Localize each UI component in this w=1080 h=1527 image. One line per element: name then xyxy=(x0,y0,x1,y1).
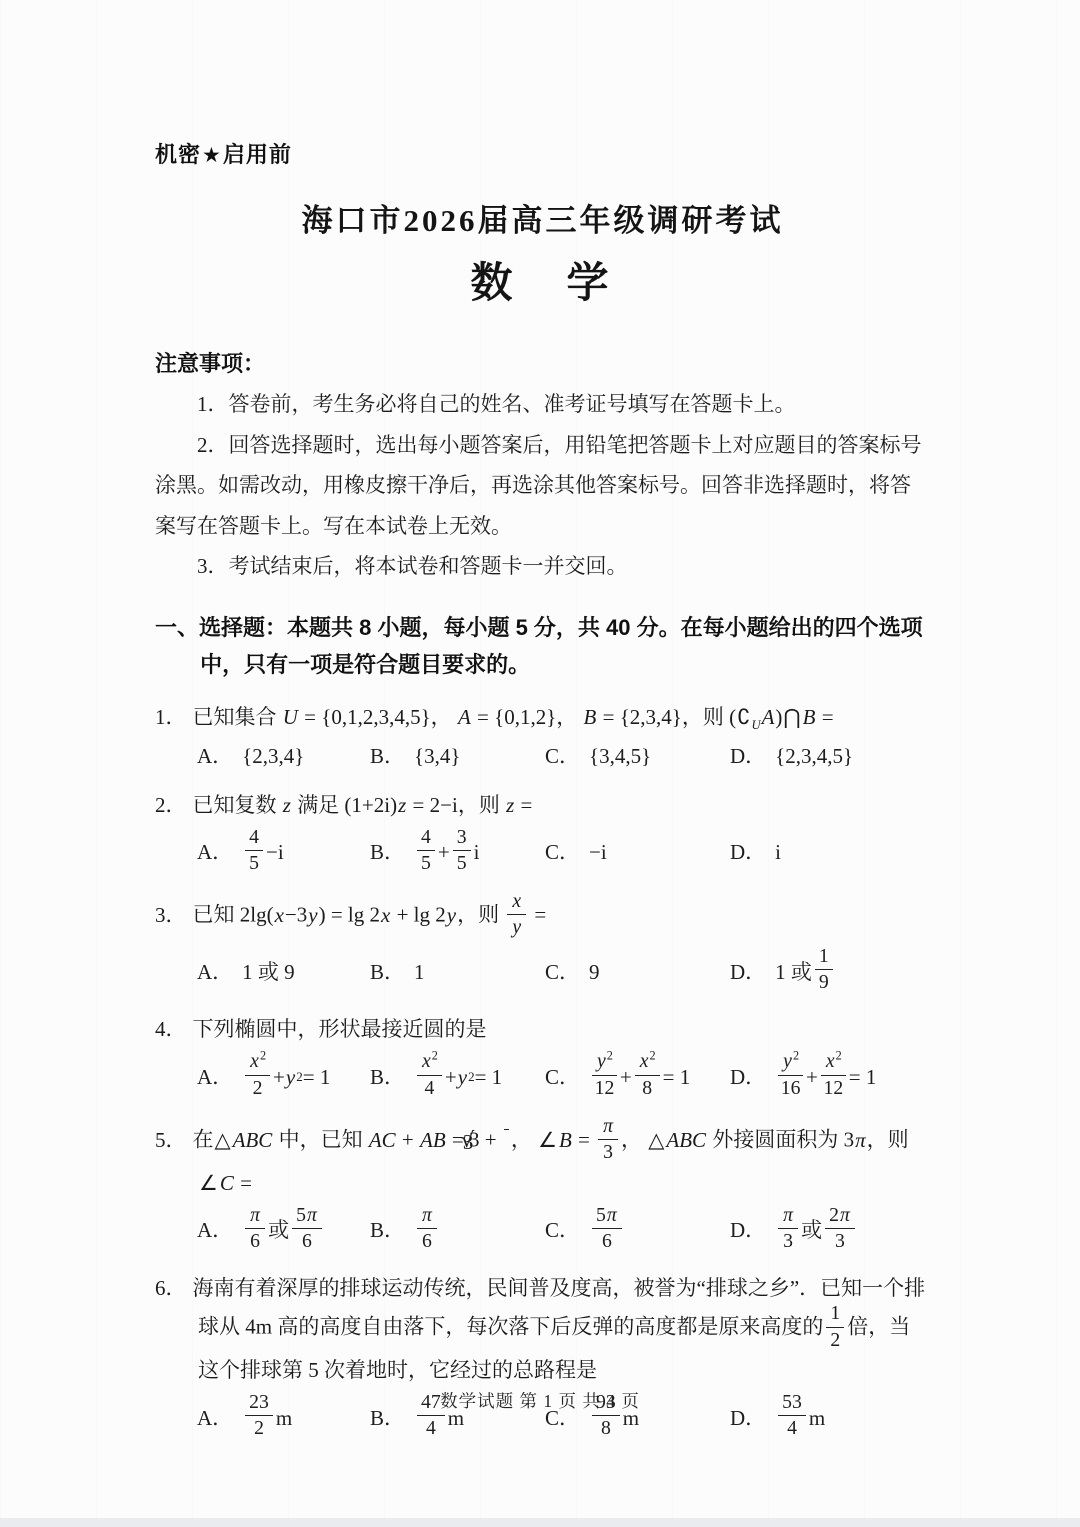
math-symbol: △ xyxy=(647,1128,665,1152)
option-content: y216+x212= 1 xyxy=(775,1053,876,1101)
option: D．π3或2π3 xyxy=(730,1207,930,1255)
question-stem: 1．已知集合 U = {0,1,2,3,4,5}， A = {0,1,2}， B… xyxy=(155,700,930,734)
options-row: A．π6或5π6B．π6C．5π6D．π3或2π3 xyxy=(197,1207,930,1255)
fraction: 45 xyxy=(417,827,435,875)
option-label: C． xyxy=(545,1215,580,1245)
option-label: C． xyxy=(545,741,580,771)
option-content: 1 xyxy=(414,957,425,987)
option-label: B． xyxy=(370,1215,405,1245)
math-symbol: ⋂ xyxy=(782,705,801,729)
option: A．45−i xyxy=(197,829,370,877)
fraction: π6 xyxy=(417,1205,437,1253)
classification-prefix: 机密 xyxy=(155,142,201,167)
exam-page: 机密★启用前 海口市2026届高三年级调研考试 数 学 注意事项： 1．答卷前，… xyxy=(0,0,1080,1442)
notice-items: 1．答卷前，考生务必将自己的姓名、准考证号填写在答题卡上。2．回答选择题时，选出… xyxy=(155,384,930,587)
fraction: 5π6 xyxy=(292,1205,322,1253)
question-number: 5． xyxy=(155,1128,193,1152)
page-footer: 数学试题 第 1 页 共 4 页 xyxy=(0,1388,1080,1413)
question-number: 2． xyxy=(155,793,193,817)
option: C．5π6 xyxy=(545,1207,730,1255)
option-label: A． xyxy=(197,957,233,987)
question-stem: 6．海南有着深厚的排球运动传统，民间普及度高，被誉为“排球之乡”．已知一个排球从… xyxy=(155,1271,930,1387)
option: A．x22+ y2 = 1 xyxy=(197,1053,370,1101)
question: 6．海南有着深厚的排球运动传统，民间普及度高，被誉为“排球之乡”．已知一个排球从… xyxy=(155,1271,930,1441)
fraction: x212 xyxy=(821,1051,846,1099)
fraction: 12 xyxy=(826,1303,844,1351)
fraction: 2π3 xyxy=(825,1205,855,1253)
star-icon: ★ xyxy=(201,143,223,167)
options-row: A．1 或 9B．1C．9D．1 或 19 xyxy=(197,948,930,996)
math-symbol: ∠ xyxy=(198,1171,219,1195)
subject-title: 数 学 xyxy=(155,250,930,310)
option-label: D． xyxy=(730,957,766,987)
question: 3．已知 2lg(x−3y) = lg 2x + lg 2y，则 xy =A．1… xyxy=(155,893,930,995)
question: 1．已知集合 U = {0,1,2,3,4,5}， A = {0,1,2}， B… xyxy=(155,700,930,771)
notice-item: 3．考试结束后，将本试卷和答题卡一并交回。 xyxy=(155,546,930,587)
math-symbol: △ xyxy=(214,1128,232,1152)
option-label: D． xyxy=(730,837,766,867)
option-label: C． xyxy=(545,1062,580,1092)
option-label: B． xyxy=(370,741,405,771)
question-number: 6． xyxy=(155,1276,193,1300)
question: 5．在△ABC 中，已知 AC + AB = 3 + √3， ∠B = π3， … xyxy=(155,1118,930,1254)
option-content: π3或2π3 xyxy=(775,1207,858,1255)
option: C．y212+x28= 1 xyxy=(545,1053,730,1101)
fraction: 5π6 xyxy=(592,1205,622,1253)
fraction: π6 xyxy=(245,1205,265,1253)
option: A．1 或 9 xyxy=(197,957,370,987)
notice-heading: 注意事项： xyxy=(155,344,930,384)
scan-edge-strip xyxy=(0,1518,1080,1527)
option-label: A． xyxy=(197,1215,233,1245)
option: D．1 或 19 xyxy=(730,948,930,996)
option: C．{3,4,5} xyxy=(545,741,730,771)
exam-title: 海口市2026届高三年级调研考试 xyxy=(155,195,930,240)
option: B．x24+ y2 = 1 xyxy=(370,1053,545,1101)
option-label: A． xyxy=(197,837,233,867)
option: B．1 xyxy=(370,957,545,987)
section-heading: 一、选择题：本题共 8 小题，每小题 5 分，共 40 分。在每小题给出的四个选… xyxy=(155,609,930,683)
fraction: y216 xyxy=(778,1051,803,1099)
option-label: B． xyxy=(370,957,405,987)
question-stem: 3．已知 2lg(x−3y) = lg 2x + lg 2y，则 xy = xyxy=(155,893,930,941)
fraction: y212 xyxy=(592,1051,617,1099)
fraction: xy xyxy=(507,891,526,939)
fraction: π3 xyxy=(598,1116,618,1164)
radical: √3 xyxy=(504,1129,509,1155)
option-label: A． xyxy=(197,1062,233,1092)
option-content: {3,4} xyxy=(414,741,460,771)
option-label: A． xyxy=(197,741,233,771)
question-number: 1． xyxy=(155,705,193,729)
question-number: 4． xyxy=(155,1017,193,1041)
question-list: 1．已知集合 U = {0,1,2,3,4,5}， A = {0,1,2}， B… xyxy=(155,700,930,1442)
option-content: i xyxy=(775,837,781,867)
option: D．{2,3,4,5} xyxy=(730,741,930,771)
option: A．π6或5π6 xyxy=(197,1207,370,1255)
option-content: x22+ y2 = 1 xyxy=(242,1053,330,1101)
option: D．i xyxy=(730,837,930,867)
option-content: x24+ y2 = 1 xyxy=(414,1053,502,1101)
option: B．π6 xyxy=(370,1207,545,1255)
option-content: π6 xyxy=(414,1207,440,1255)
option: B．{3,4} xyxy=(370,741,545,771)
option: C．−i xyxy=(545,837,730,867)
option-content: 45+35i xyxy=(414,829,479,877)
fraction: x24 xyxy=(417,1051,442,1099)
fraction: 45 xyxy=(245,827,263,875)
notice-block: 注意事项： 1．答卷前，考生务必将自己的姓名、准考证号填写在答题卡上。2．回答选… xyxy=(155,344,930,587)
options-row: A．x22+ y2 = 1B．x24+ y2 = 1C．y212+x28= 1D… xyxy=(197,1053,930,1101)
option-label: D． xyxy=(730,1062,766,1092)
question-stem: 4．下列椭圆中，形状最接近圆的是 xyxy=(155,1012,930,1046)
option-content: y212+x28= 1 xyxy=(589,1053,690,1101)
option-label: D． xyxy=(730,741,766,771)
option-label: B． xyxy=(370,1062,405,1092)
question: 4．下列椭圆中，形状最接近圆的是A．x22+ y2 = 1B．x24+ y2 =… xyxy=(155,1012,930,1101)
option-content: 9 xyxy=(589,957,600,987)
option-content: 45−i xyxy=(242,829,284,877)
math-symbol: ∠ xyxy=(537,1128,558,1152)
classification-label: 机密★启用前 xyxy=(155,138,930,169)
option-label: C． xyxy=(545,837,580,867)
option-content: {2,3,4,5} xyxy=(775,741,853,771)
question-stem: 5．在△ABC 中，已知 AC + AB = 3 + √3， ∠B = π3， … xyxy=(155,1118,930,1200)
question: 2．已知复数 z 满足 (1+2i)z = 2−i，则 z =A．45−iB．4… xyxy=(155,788,930,877)
option-content: −i xyxy=(589,837,607,867)
option-label: B． xyxy=(370,837,405,867)
question-number: 3． xyxy=(155,903,193,927)
fraction: 35 xyxy=(453,827,471,875)
option-content: {2,3,4} xyxy=(242,741,304,771)
option: B．45+35i xyxy=(370,829,545,877)
fraction: x22 xyxy=(245,1051,270,1099)
option: C．9 xyxy=(545,957,730,987)
notice-item: 1．答卷前，考生务必将自己的姓名、准考证号填写在答题卡上。 xyxy=(155,384,930,425)
option-content: 1 或 9 xyxy=(242,957,295,987)
option-content: {3,4,5} xyxy=(589,741,651,771)
classification-suffix: 启用前 xyxy=(223,142,292,167)
option: D．y216+x212= 1 xyxy=(730,1053,930,1101)
option-content: π6或5π6 xyxy=(242,1207,325,1255)
option: A．{2,3,4} xyxy=(197,741,370,771)
fraction: π3 xyxy=(778,1205,798,1253)
option-label: D． xyxy=(730,1215,766,1245)
fraction: x28 xyxy=(635,1051,660,1099)
math-symbol: ∁ xyxy=(736,705,751,729)
option-label: C． xyxy=(545,957,580,987)
options-row: A．{2,3,4}B．{3,4}C．{3,4,5}D．{2,3,4,5} xyxy=(197,741,930,771)
fraction: 19 xyxy=(815,946,833,994)
option-content: 1 或 19 xyxy=(775,948,836,996)
option-content: 5π6 xyxy=(589,1207,625,1255)
options-row: A．45−iB．45+35iC．−iD．i xyxy=(197,829,930,877)
notice-item: 2．回答选择题时，选出每小题答案后，用铅笔把答题卡上对应题目的答案标号涂黑。如需… xyxy=(155,425,930,547)
question-stem: 2．已知复数 z 满足 (1+2i)z = 2−i，则 z = xyxy=(155,788,930,822)
